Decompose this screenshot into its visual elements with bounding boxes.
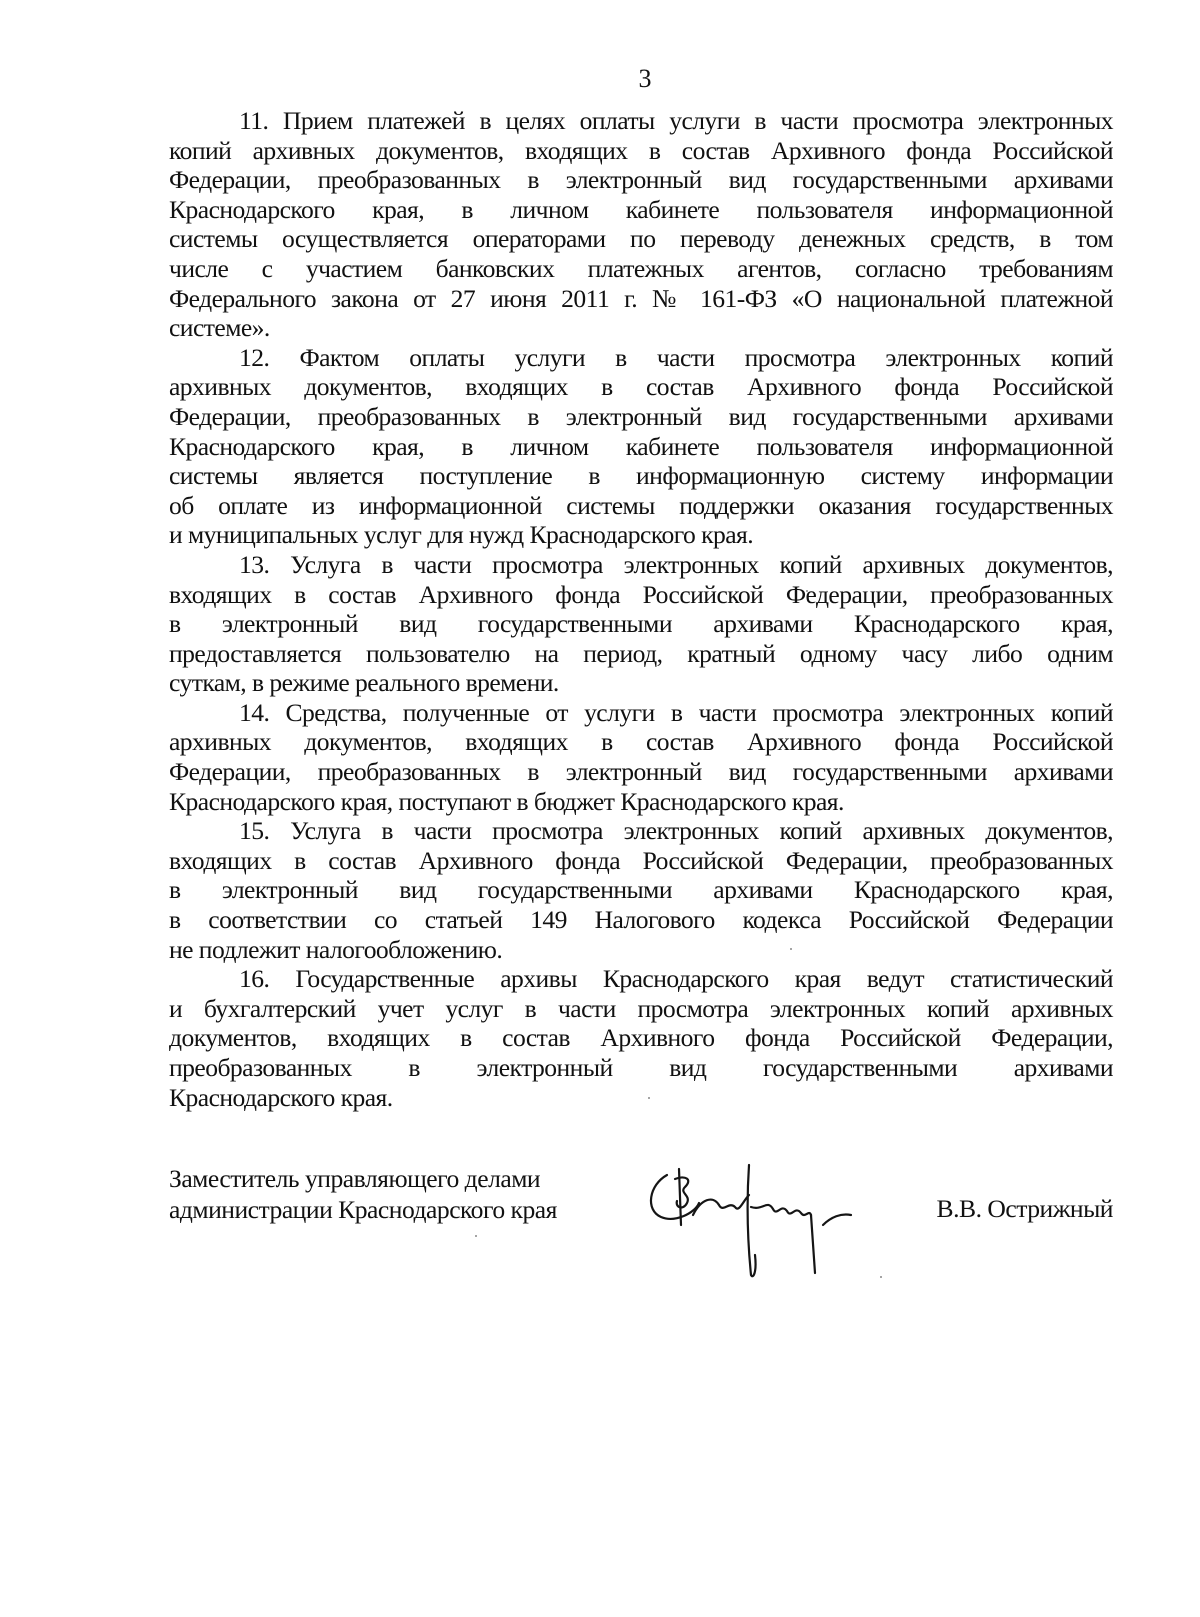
text-line: предоставляется пользователю на период, … [169,639,1113,669]
paragraph-13: 13. Услуга в части просмотра электронных… [169,550,1113,698]
text-line: 11. Прием платежей в целях оплаты услуги… [169,106,1113,136]
text-line: Федерального закона от 27 июня 2011 г. №… [169,284,1113,314]
signature-block: Заместитель управляющего делами админист… [169,1163,1113,1303]
text-line: Федерации, преобразованных в электронный… [169,165,1113,195]
text-line: Федерации, преобразованных в электронный… [169,757,1113,787]
page-number: 3 [0,64,1200,94]
text-line: преобразованных в электронный вид госуда… [169,1053,1113,1083]
text-line: 16. Государственные архивы Краснодарског… [169,964,1113,994]
signatory-name: В.В. Острижный [937,1193,1113,1224]
scan-speck [648,1097,650,1099]
text-line: в соответствии со статьей 149 Налогового… [169,905,1113,935]
text-line: системы является поступление в информаци… [169,461,1113,491]
text-line: 15. Услуга в части просмотра электронных… [169,816,1113,846]
text-line: архивных документов, входящих в состав А… [169,372,1113,402]
text-line: в электронный вид государственными архив… [169,609,1113,639]
text-line: в электронный вид государственными архив… [169,875,1113,905]
scan-speck [880,1276,882,1278]
text-line: Краснодарского края, в личном кабинете п… [169,195,1113,225]
text-line: Федерации, преобразованных в электронный… [169,402,1113,432]
text-line: и муниципальных услуг для нужд Краснодар… [169,520,1113,550]
document-body: 11. Прием платежей в целях оплаты услуги… [169,106,1113,1112]
text-line: и бухгалтерский учет услуг в части просм… [169,994,1113,1024]
paragraph-16: 16. Государственные архивы Краснодарског… [169,964,1113,1112]
text-line: документов, входящих в состав Архивного … [169,1023,1113,1053]
text-line: системе». [169,313,1113,343]
paragraph-11: 11. Прием платежей в целях оплаты услуги… [169,106,1113,343]
text-line: входящих в состав Архивного фонда Россий… [169,846,1113,876]
document-page: 3 11. Прием платежей в целях оплаты услу… [0,0,1200,1617]
scan-speck [806,590,808,592]
text-line: 14. Средства, полученные от услуги в час… [169,698,1113,728]
handwritten-signature-icon [639,1155,879,1285]
text-line: Краснодарского края, в личном кабинете п… [169,432,1113,462]
text-line: системы осуществляется операторами по пе… [169,224,1113,254]
text-line: 12. Фактом оплаты услуги в части просмот… [169,343,1113,373]
text-line: копий архивных документов, входящих в со… [169,136,1113,166]
paragraph-15: 15. Услуга в части просмотра электронных… [169,816,1113,964]
signatory-title-line: администрации Краснодарского края [169,1194,557,1225]
text-line: суткам, в режиме реального времени. [169,668,1113,698]
text-line: Краснодарского края. [169,1083,1113,1113]
paragraph-14: 14. Средства, полученные от услуги в час… [169,698,1113,816]
signatory-title-line: Заместитель управляющего делами [169,1163,557,1194]
text-line: 13. Услуга в части просмотра электронных… [169,550,1113,580]
paragraph-12: 12. Фактом оплаты услуги в части просмот… [169,343,1113,550]
text-line: не подлежит налогообложению. [169,935,1113,965]
text-line: Краснодарского края, поступают в бюджет … [169,787,1113,817]
signatory-title: Заместитель управляющего делами админист… [169,1163,557,1225]
text-line: числе с участием банковских платежных аг… [169,254,1113,284]
text-line: архивных документов, входящих в состав А… [169,727,1113,757]
scan-speck [790,948,792,950]
text-line: об оплате из информационной системы подд… [169,491,1113,521]
text-line: входящих в состав Архивного фонда Россий… [169,580,1113,610]
scan-speck [475,1235,477,1237]
